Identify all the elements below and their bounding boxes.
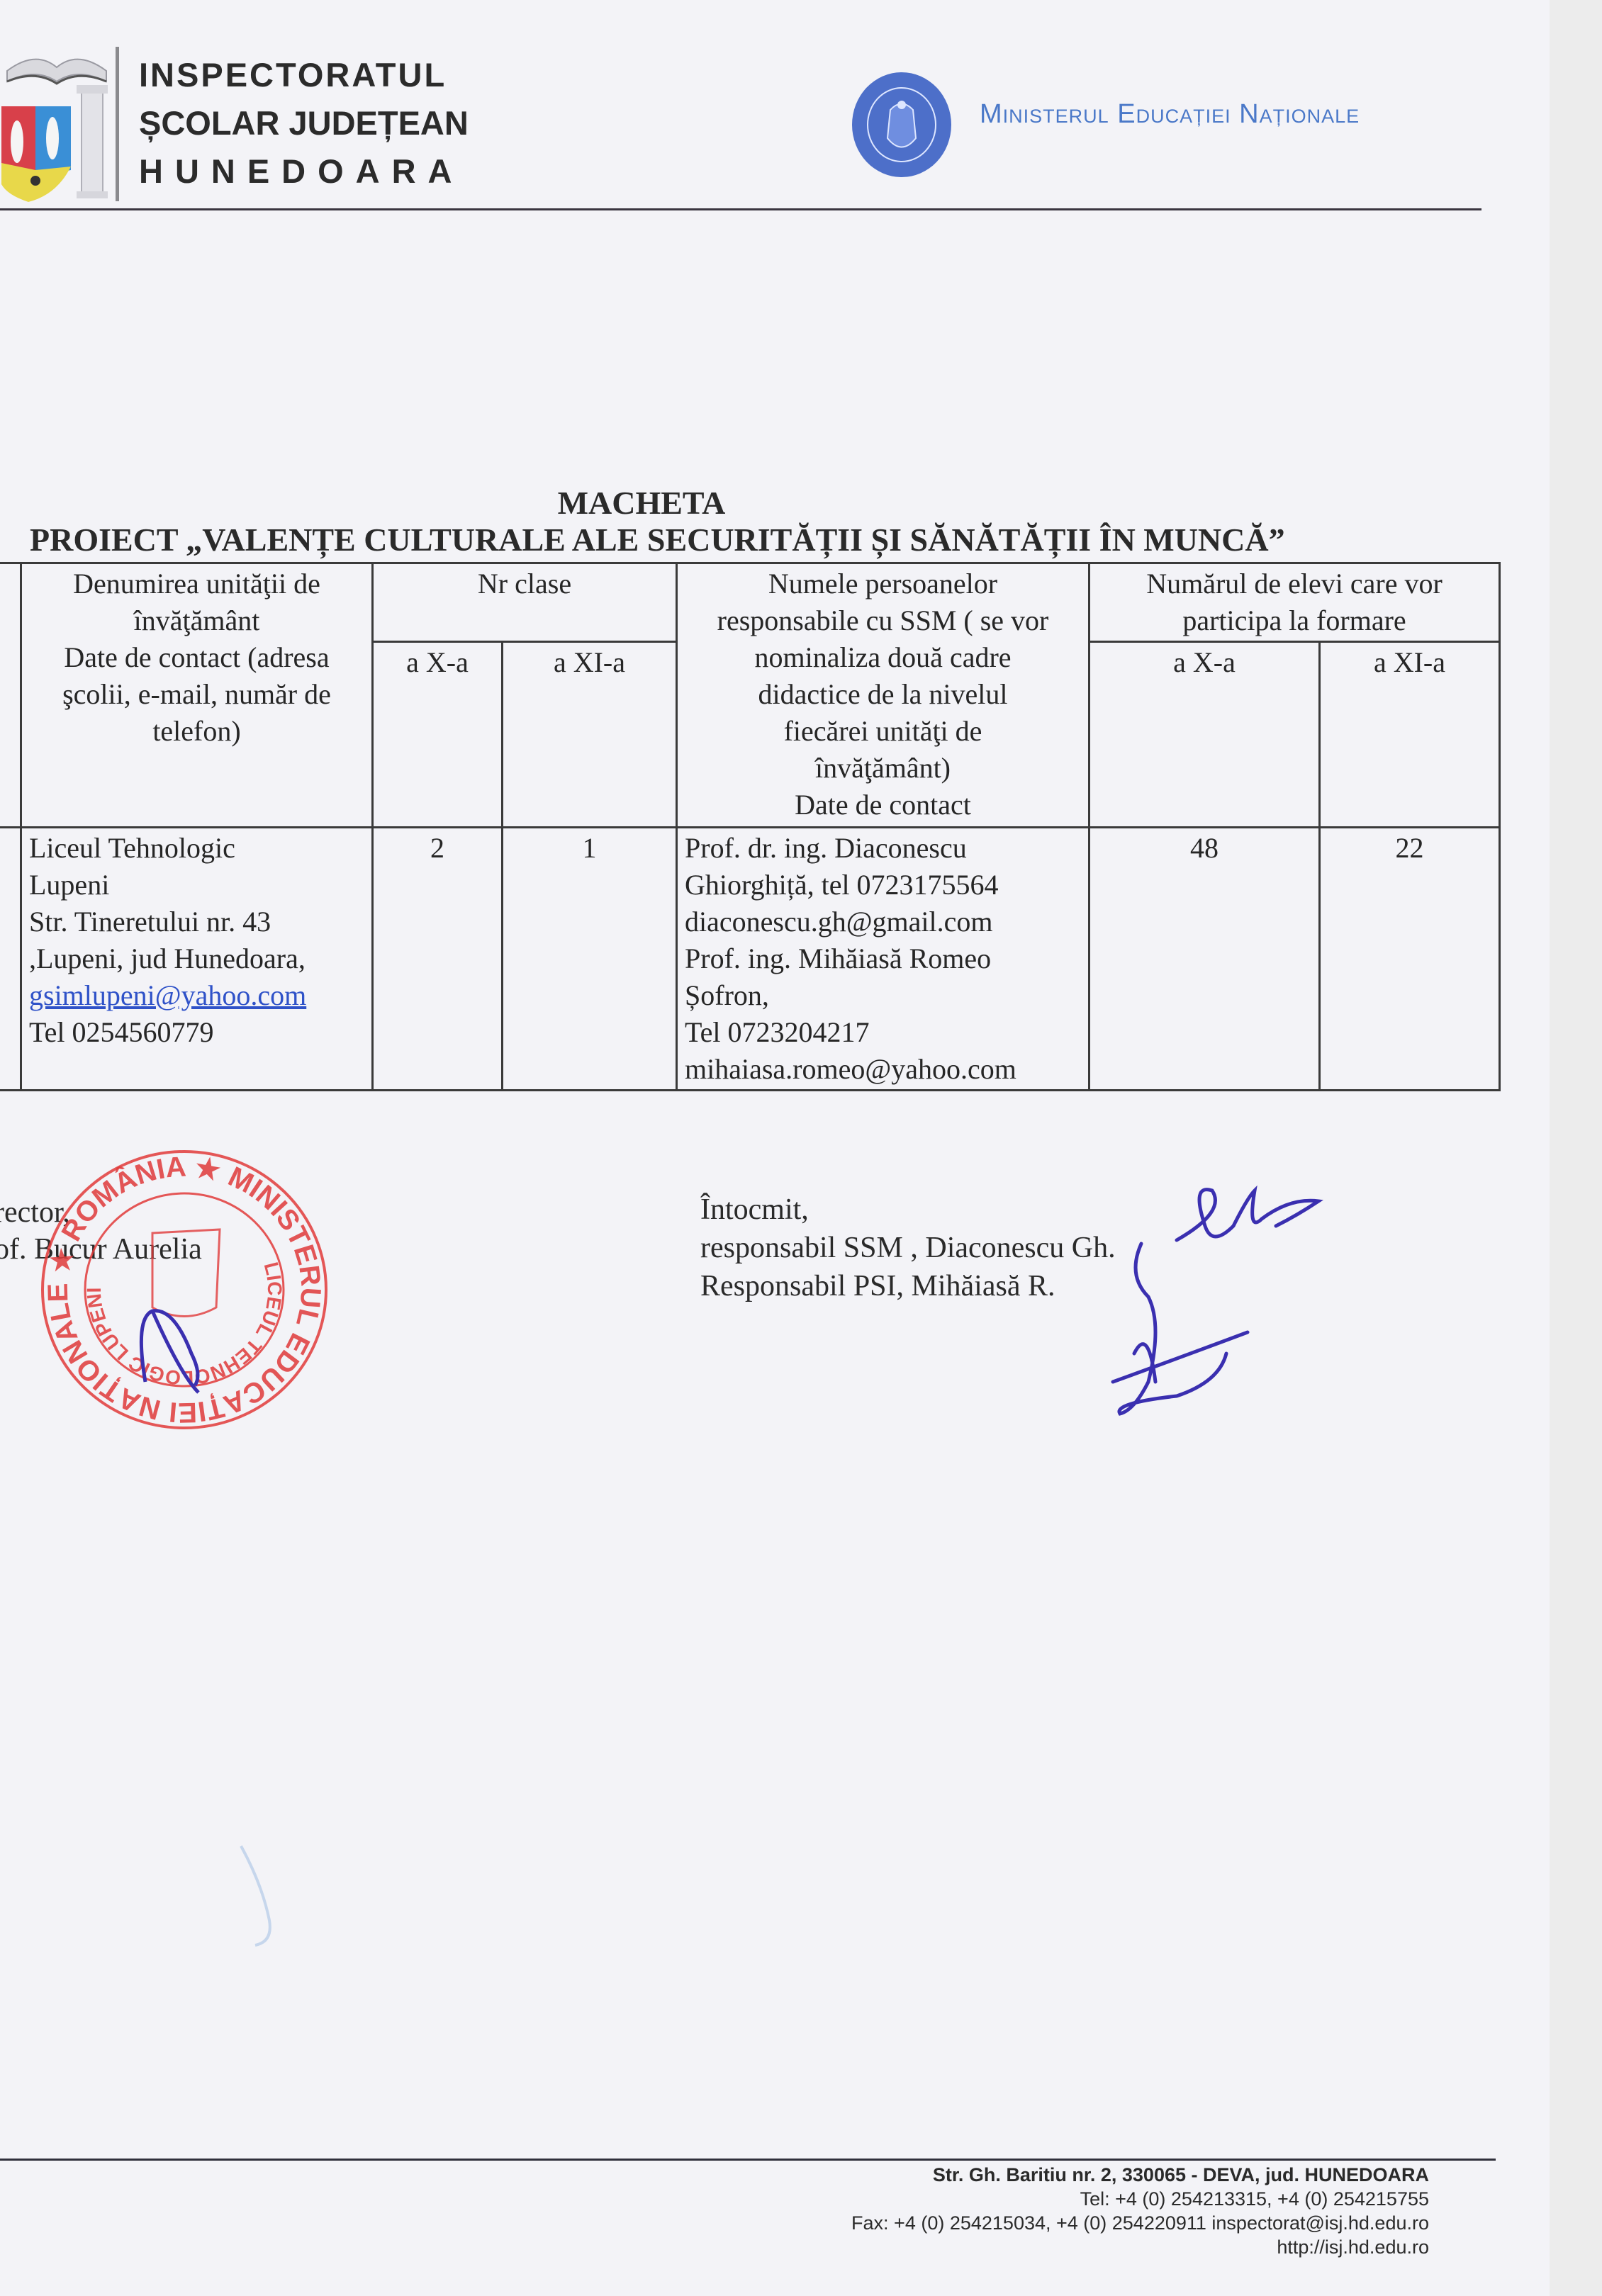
psi-responsible: Responsabil PSI, Mihăiasă R. <box>700 1267 1116 1305</box>
cell-unit: Liceul Tehnologic Lupeni Str. Tineretulu… <box>21 828 373 1091</box>
table-row: Liceul Tehnologic Lupeni Str. Tineretulu… <box>0 828 1500 1091</box>
institution-line: ȘCOLAR JUDEȚEAN <box>139 99 469 147</box>
header-cell-unit: Denumirea unităţii de învăţământ Date de… <box>21 563 373 828</box>
institution-name: INSPECTORATUL ȘCOLAR JUDEȚEAN HUNEDOARA <box>139 51 469 196</box>
footer-divider <box>0 2159 1496 2161</box>
institution-line: INSPECTORATUL <box>139 51 469 99</box>
cell-students-x: 48 <box>1090 828 1320 1091</box>
unit-email-link[interactable]: gsimlupeni@yahoo.com <box>29 977 364 1014</box>
header-cell-classes-x: a X-a <box>373 642 503 828</box>
pen-mark-icon <box>234 1842 291 1949</box>
institution-line: HUNEDOARA <box>139 147 469 196</box>
isj-coat-of-arms-logo-icon <box>0 43 121 206</box>
table-header-row: Denumirea unităţii de învăţământ Date de… <box>0 563 1500 642</box>
document-page: INSPECTORATUL ȘCOLAR JUDEȚEAN HUNEDOARA … <box>0 0 1550 2296</box>
footer-website[interactable]: http://isj.hd.edu.ro <box>851 2235 1429 2259</box>
prepared-by-block: Întocmit, responsabil SSM , Diaconescu G… <box>700 1191 1116 1305</box>
header-cell-nr-clase: Nr clase <box>373 563 677 642</box>
cell-classes-x: 2 <box>373 828 503 1091</box>
prepared-by-label: Întocmit, <box>700 1191 1116 1229</box>
macheta-table: Denumirea unităţii de învăţământ Date de… <box>0 562 1501 1091</box>
cell-index <box>0 828 21 1091</box>
ministry-name: Ministerul Educației Naționale <box>980 99 1360 130</box>
header-cell-persons: Numele persoanelor responsabile cu SSM (… <box>677 563 1090 828</box>
ssm-responsible: responsabil SSM , Diaconescu Gh. <box>700 1229 1116 1267</box>
header-divider <box>0 208 1481 210</box>
cell-persons: Prof. dr. ing. Diaconescu Ghiorghiță, te… <box>677 828 1090 1091</box>
logo-divider <box>116 47 119 201</box>
document-title: MACHETA <box>0 484 1283 522</box>
official-stamp-icon: ★ ROMÂNIA ★ MINISTERUL EDUCAȚIEI NAȚIONA… <box>28 1141 340 1439</box>
header-cell-index <box>0 563 21 828</box>
header-cell-classes-xi: a XI-a <box>503 642 677 828</box>
header-cell-students: Numărul de elevi care vor participa la f… <box>1090 563 1500 642</box>
footer-address: Str. Gh. Baritiu nr. 2, 330065 - DEVA, j… <box>851 2163 1429 2187</box>
handwritten-signature-icon <box>1106 1169 1361 1424</box>
cell-classes-xi: 1 <box>503 828 677 1091</box>
header-cell-students-xi: a XI-a <box>1320 642 1500 828</box>
cell-students-xi: 22 <box>1320 828 1500 1091</box>
footer-tel: Tel: +4 (0) 254213315, +4 (0) 254215755 <box>851 2187 1429 2211</box>
document-subtitle: PROIECT „VALENȚE CULTURALE ALE SECURITĂȚ… <box>0 521 1460 558</box>
unit-phone: Tel 0254560779 <box>29 1014 364 1051</box>
footer-fax-email: Fax: +4 (0) 254215034, +4 (0) 254220911 … <box>851 2211 1429 2235</box>
footer-contact: Str. Gh. Baritiu nr. 2, 330065 - DEVA, j… <box>851 2163 1429 2259</box>
header-cell-students-x: a X-a <box>1090 642 1320 828</box>
government-seal-icon <box>848 71 956 179</box>
